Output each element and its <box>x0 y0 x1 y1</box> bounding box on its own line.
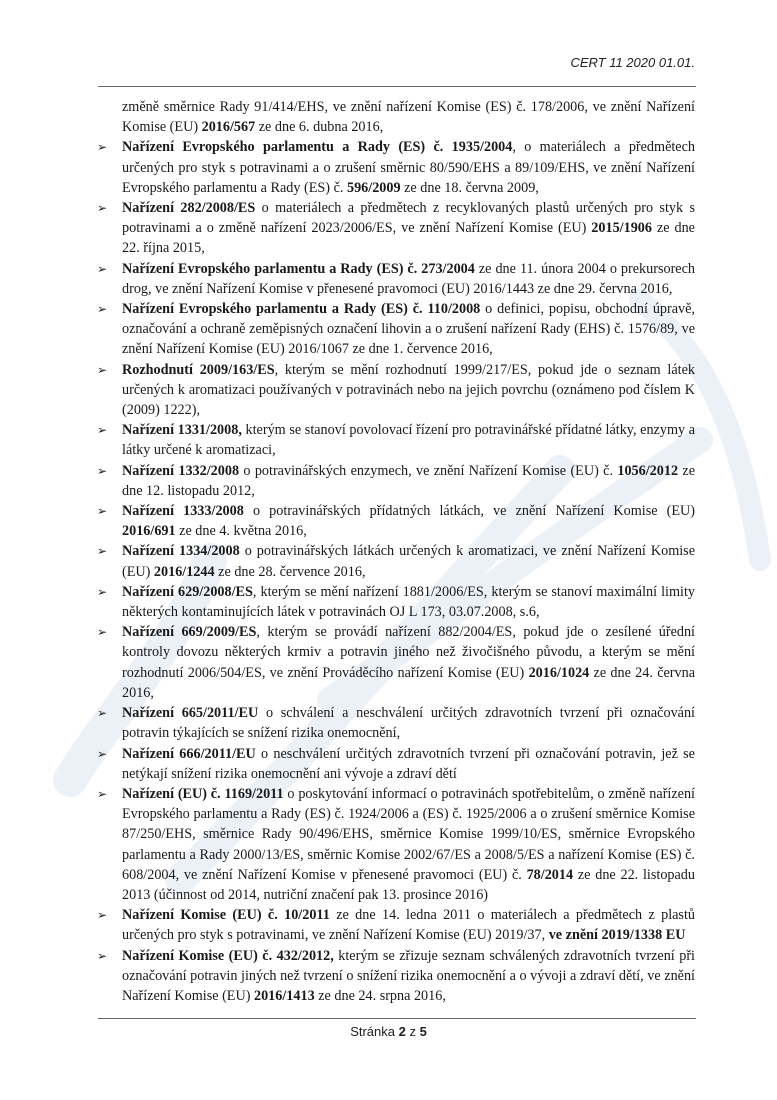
footer-divider <box>98 1018 696 1019</box>
regulation-reference: Nařízení 1332/2008 <box>122 463 239 479</box>
regulation-reference: Nařízení 666/2011/EU <box>122 746 256 762</box>
regulation-reference: 2016/1244 <box>154 564 215 580</box>
page-separator: z <box>406 1024 420 1039</box>
list-item: ➢Nařízení 629/2008/ES, kterým se mění na… <box>122 582 695 622</box>
list-item: ➢Nařízení 666/2011/EU o neschválení urči… <box>122 744 695 784</box>
document-code: CERT 11 2020 01.01. <box>570 55 695 70</box>
arrowhead-bullet-icon: ➢ <box>97 905 107 925</box>
regulation-reference: Nařízení Komise (EU) č. 432/2012, <box>122 948 334 964</box>
list-item: ➢Nařízení 282/2008/ES o materiálech a př… <box>122 198 695 259</box>
list-item: ➢Rozhodnutí 2009/163/ES, kterým se mění … <box>122 360 695 421</box>
regulation-reference: 2016/1413 <box>254 988 315 1004</box>
regulation-reference: 1056/2012 <box>617 463 678 479</box>
list-item: ➢Nařízení (EU) č. 1169/2011 o poskytován… <box>122 784 695 905</box>
regulation-text: ze dne 24. srpna 2016, <box>315 988 446 1004</box>
arrowhead-bullet-icon: ➢ <box>97 622 107 642</box>
arrowhead-bullet-icon: ➢ <box>97 360 107 380</box>
regulation-reference: 78/2014 <box>527 867 574 883</box>
regulation-reference: 2016/691 <box>122 523 176 539</box>
arrowhead-bullet-icon: ➢ <box>97 703 107 723</box>
list-item: ➢Nařízení Evropského parlamentu a Rady (… <box>122 259 695 299</box>
list-item: ➢Nařízení 669/2009/ES, kterým se provádí… <box>122 622 695 703</box>
regulation-reference: Nařízení 665/2011/EU <box>122 705 258 721</box>
list-item: ➢Nařízení 1332/2008 o potravinářských en… <box>122 461 695 501</box>
regulation-reference: Rozhodnutí 2009/163/ES <box>122 362 275 378</box>
header-divider <box>98 86 696 87</box>
arrowhead-bullet-icon: ➢ <box>97 461 107 481</box>
regulation-text: o potravinářských enzymech, ve znění Nař… <box>239 463 617 479</box>
regulation-reference: Nařízení 1333/2008 <box>122 503 244 519</box>
arrowhead-bullet-icon: ➢ <box>97 198 107 218</box>
regulation-text: ze dne 28. července 2016, <box>215 564 366 580</box>
regulation-reference: Nařízení 1331/2008, <box>122 422 242 438</box>
regulation-reference: Nařízení 1334/2008 <box>122 543 240 559</box>
total-pages: 5 <box>420 1024 427 1039</box>
continuation-paragraph: změně směrnice Rady 91/414/EHS, ve znění… <box>122 97 695 137</box>
arrowhead-bullet-icon: ➢ <box>97 299 107 319</box>
list-item: ➢Nařízení Evropského parlamentu a Rady (… <box>122 299 695 360</box>
list-item: ➢Nařízení Komise (EU) č. 10/2011 ze dne … <box>122 905 695 945</box>
regulation-reference: Nařízení 629/2008/ES <box>122 584 253 600</box>
regulation-reference: ve znění 2019/1338 EU <box>549 927 686 943</box>
arrowhead-bullet-icon: ➢ <box>97 946 107 966</box>
list-item: ➢Nařízení Evropského parlamentu a Rady (… <box>122 137 695 198</box>
arrowhead-bullet-icon: ➢ <box>97 541 107 561</box>
list-item: ➢Nařízení 665/2011/EU o schválení a nesc… <box>122 703 695 743</box>
regulation-reference: Nařízení 669/2009/ES <box>122 624 256 640</box>
arrowhead-bullet-icon: ➢ <box>97 137 107 157</box>
regulation-reference: 596/2009 <box>347 180 401 196</box>
current-page: 2 <box>399 1024 406 1039</box>
regulation-reference: Nařízení Evropského parlamentu a Rady (E… <box>122 261 475 277</box>
page-label: Stránka <box>350 1024 398 1039</box>
list-item: ➢Nařízení Komise (EU) č. 432/2012, který… <box>122 946 695 1007</box>
page-footer: Stránka 2 z 5 <box>0 1024 777 1039</box>
regulation-text: ze dne 6. dubna 2016, <box>255 119 383 135</box>
regulation-text: ze dne 18. června 2009, <box>401 180 539 196</box>
list-item: ➢Nařízení 1334/2008 o potravinářských lá… <box>122 541 695 581</box>
regulation-reference: 2016/567 <box>202 119 256 135</box>
regulation-reference: Nařízení 282/2008/ES <box>122 200 255 216</box>
arrowhead-bullet-icon: ➢ <box>97 744 107 764</box>
regulation-reference: Nařízení Evropského parlamentu a Rady (E… <box>122 139 512 155</box>
regulation-reference: Nařízení Evropského parlamentu a Rady (E… <box>122 301 480 317</box>
regulation-reference: 2016/1024 <box>529 665 590 681</box>
regulation-reference: 2015/1906 <box>591 220 652 236</box>
list-item: ➢Nařízení 1333/2008 o potravinářských př… <box>122 501 695 541</box>
regulation-text: o potravinářských přídatných látkách, ve… <box>244 503 695 519</box>
list-item: ➢Nařízení 1331/2008, kterým se stanoví p… <box>122 420 695 460</box>
arrowhead-bullet-icon: ➢ <box>97 501 107 521</box>
arrowhead-bullet-icon: ➢ <box>97 784 107 804</box>
regulation-reference: Nařízení Komise (EU) č. 10/2011 <box>122 907 330 923</box>
arrowhead-bullet-icon: ➢ <box>97 420 107 440</box>
regulation-reference: Nařízení (EU) č. 1169/2011 <box>122 786 284 802</box>
regulation-list: změně směrnice Rady 91/414/EHS, ve znění… <box>122 97 695 1006</box>
arrowhead-bullet-icon: ➢ <box>97 582 107 602</box>
arrowhead-bullet-icon: ➢ <box>97 259 107 279</box>
regulation-text: ze dne 4. května 2016, <box>176 523 307 539</box>
